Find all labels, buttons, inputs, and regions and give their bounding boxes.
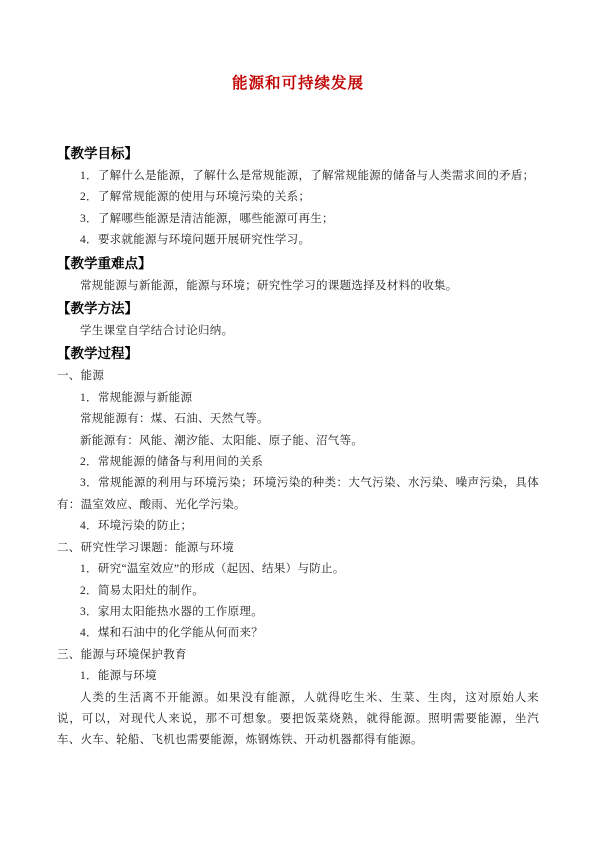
item-pollution-prevention: 4．环境污染的防止； [57, 516, 539, 537]
heading-teaching-key-points: 【教学重难点】 [57, 252, 539, 276]
heading-teaching-process: 【教学过程】 [57, 342, 539, 366]
objective-item-3: 3．了解哪些能源是清洁能源，哪些能源可再生； [57, 209, 539, 230]
teaching-method-text: 学生课堂自学结合讨论归纳。 [57, 321, 539, 342]
para-energy-pollution-types: 3．常规能源的利用与环境污染；环境污染的种类：大气污染、水污染、噪声污染，具体有… [57, 473, 539, 516]
document-content: 能源和可持续发展 【教学目标】 1．了解什么是能源，了解什么是常规能源，了解常规… [57, 73, 539, 752]
document-title: 能源和可持续发展 [57, 73, 539, 95]
section-1-energy: 一、能源 [57, 366, 539, 387]
objective-item-4: 4．要求就能源与环境问题开展研究性学习。 [57, 230, 539, 251]
objective-item-1: 1．了解什么是能源，了解什么是常规能源，了解常规能源的储备与人类需求间的矛盾； [57, 166, 539, 187]
item-energy-reserve-utilization: 2．常规能源的储备与利用间的关系 [57, 452, 539, 473]
item-energy-and-environment: 1．能源与环境 [57, 666, 539, 687]
heading-teaching-method: 【教学方法】 [57, 297, 539, 321]
document-page: 能源和可持续发展 【教学目标】 1．了解什么是能源，了解什么是常规能源，了解常规… [0, 0, 595, 841]
section-3-energy-education: 三、能源与环境保护教育 [57, 645, 539, 666]
research-item-1: 1．研究“温室效应”的形成（起因、结果）与防止。 [57, 559, 539, 580]
item-conventional-energy-examples: 常规能源有：煤、石油、天然气等。 [57, 409, 539, 430]
research-item-4: 4．煤和石油中的化学能从何而来？ [57, 623, 539, 644]
section-2-research-topic: 二、研究性学习课题：能源与环境 [57, 538, 539, 559]
objective-item-2: 2．了解常规能源的使用与环境污染的关系； [57, 187, 539, 208]
item-conventional-vs-new-energy: 1．常规能源与新能源 [57, 388, 539, 409]
item-new-energy-examples: 新能源有：风能、潮汐能、太阳能、原子能、沼气等。 [57, 431, 539, 452]
para-life-needs-energy: 人类的生活离不开能源。如果没有能源，人就得吃生米、生菜、生肉，这对原始人来说，可… [57, 688, 539, 752]
heading-teaching-objectives: 【教学目标】 [57, 142, 539, 166]
key-points-text: 常规能源与新能源，能源与环境；研究性学习的课题选择及材料的收集。 [57, 276, 539, 297]
research-item-3: 3．家用太阳能热水器的工作原理。 [57, 602, 539, 623]
research-item-2: 2．简易太阳灶的制作。 [57, 581, 539, 602]
